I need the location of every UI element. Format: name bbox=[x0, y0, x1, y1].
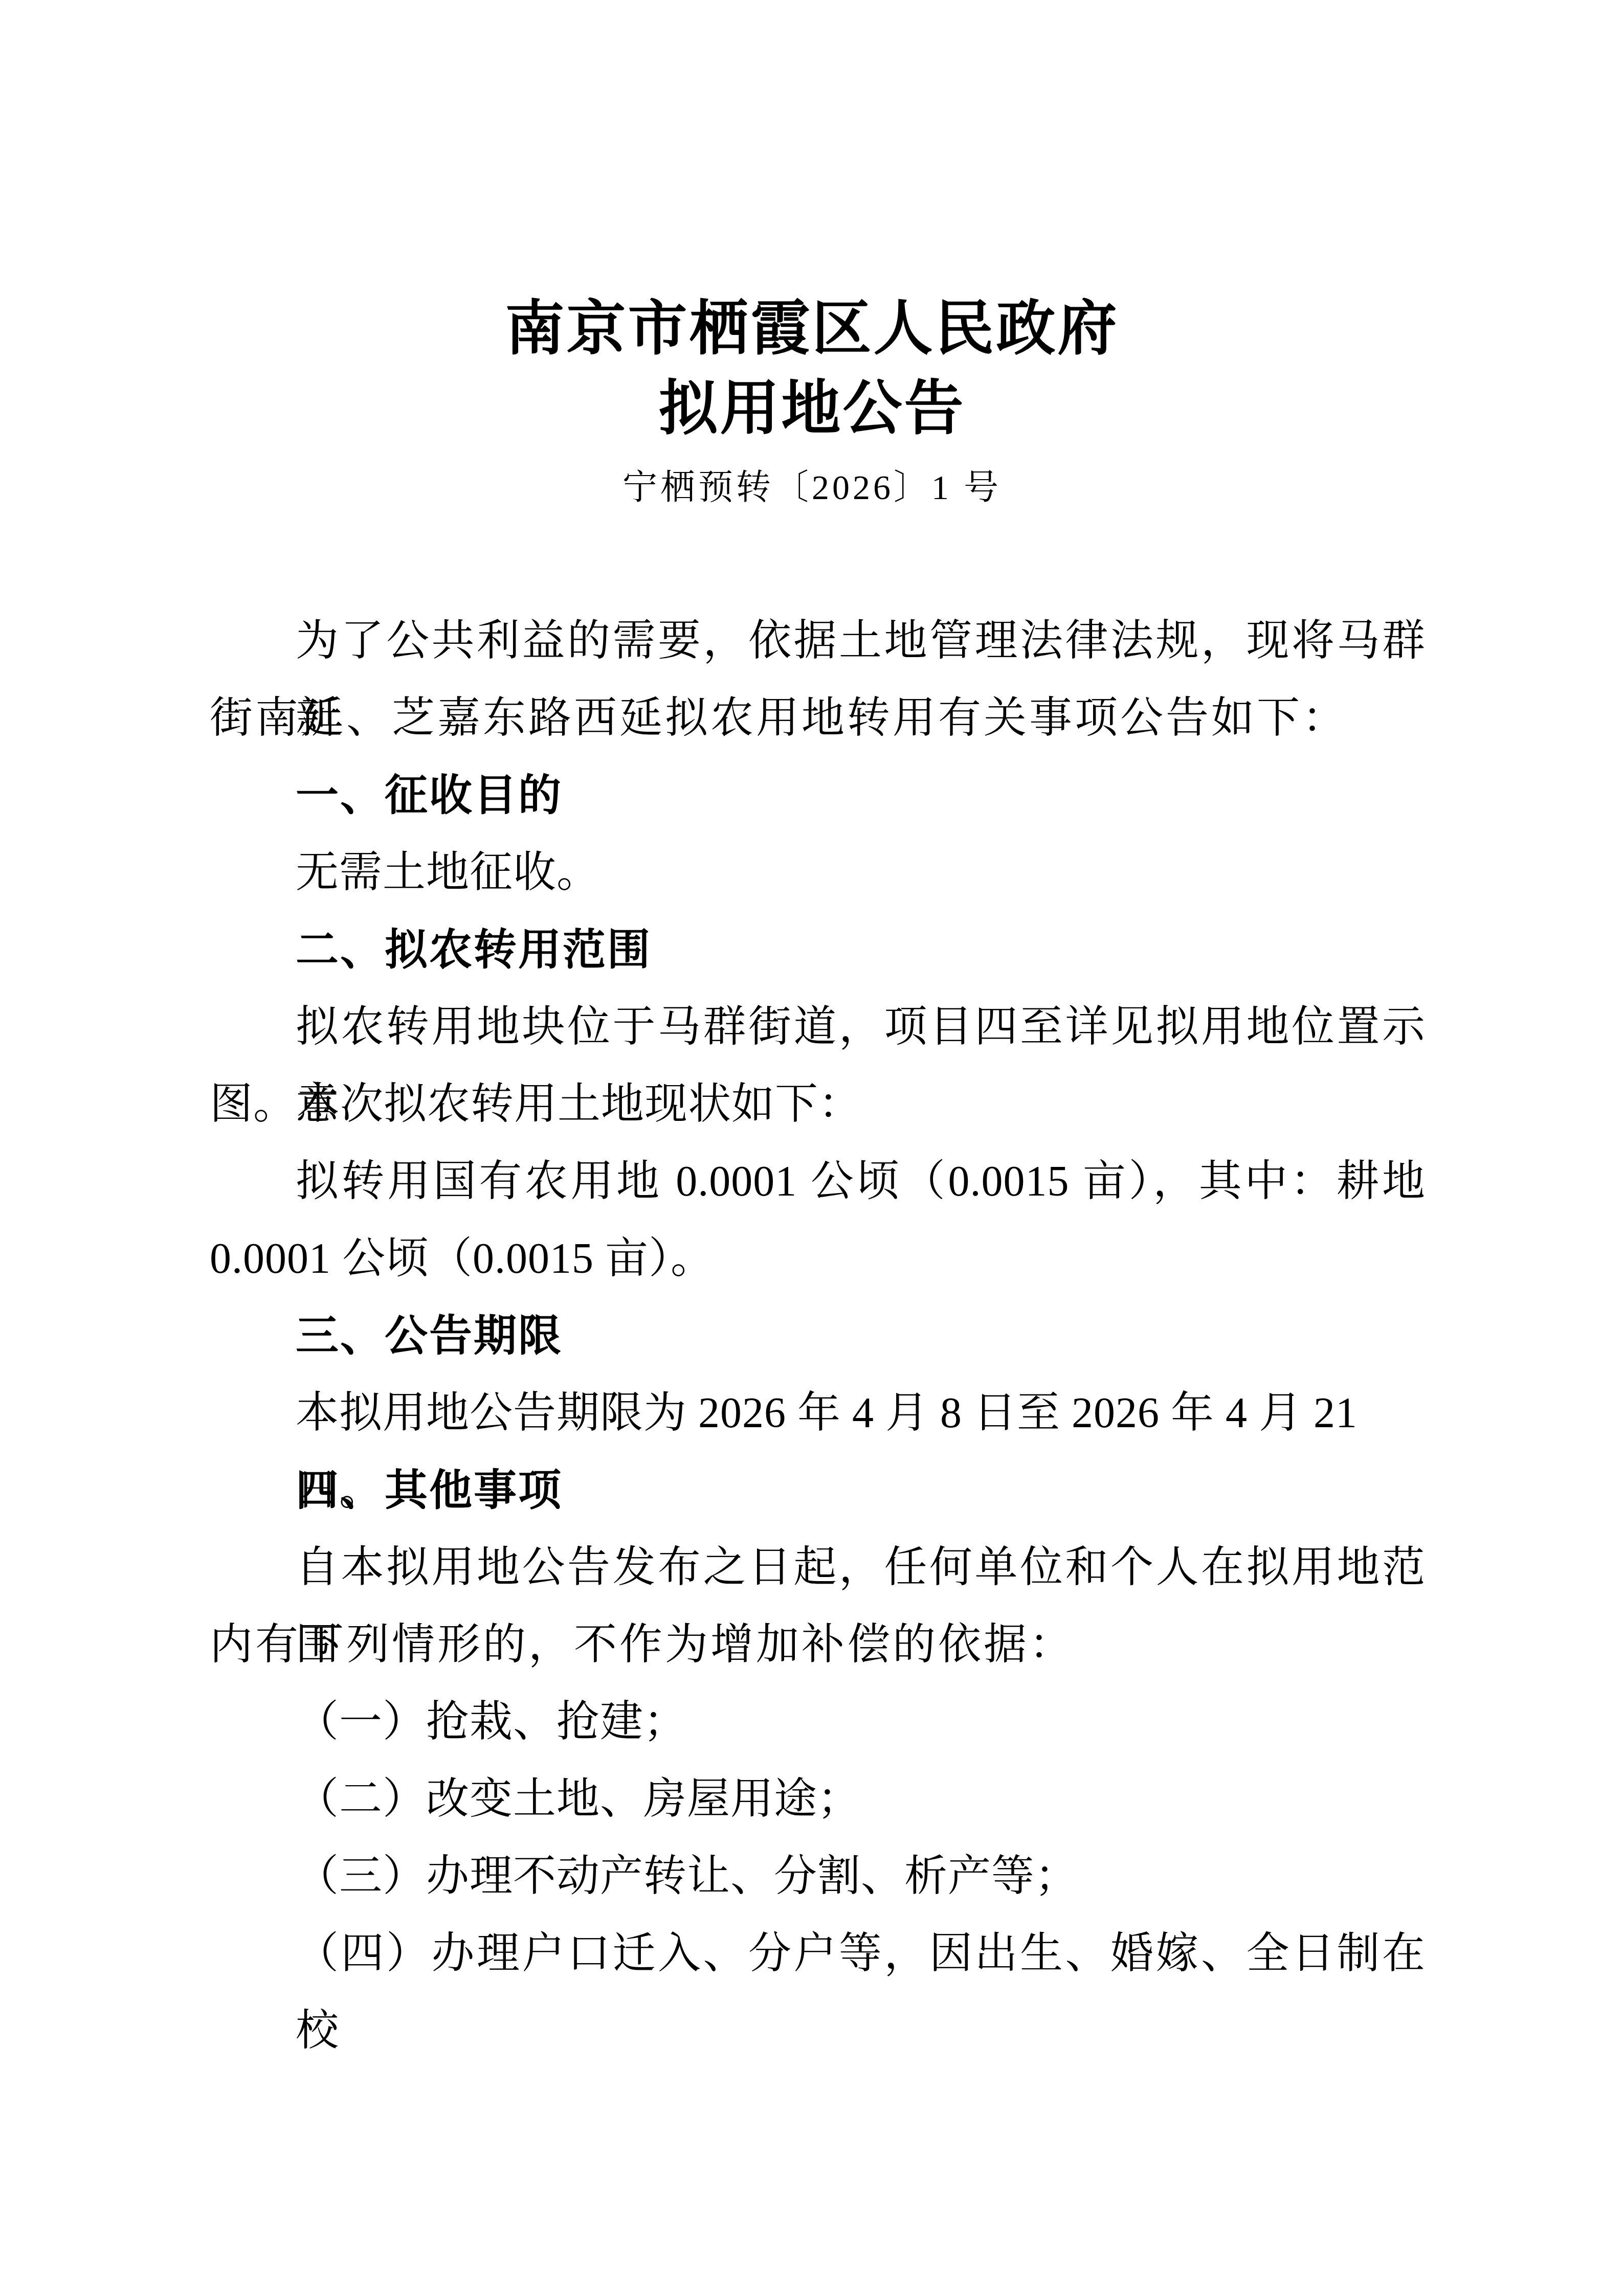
section-heading: 四、其他事项 bbox=[210, 1452, 1426, 1529]
document-line: （一）抢栽、抢建； bbox=[210, 1683, 1426, 1761]
section-heading: 一、征收目的 bbox=[210, 757, 1426, 834]
document-line: 街南延、芝嘉东路西延拟农用地转用有关事项公告如下： bbox=[210, 680, 1426, 757]
document-line: 自本拟用地公告发布之日起，任何单位和个人在拟用地范围 bbox=[210, 1529, 1426, 1606]
announcement-page: 南京市栖霞区人民政府 拟用地公告 宁栖预转〔2026〕1 号 为了公共利益的需要… bbox=[0, 0, 1624, 2296]
document-header: 南京市栖霞区人民政府 拟用地公告 宁栖预转〔2026〕1 号 bbox=[0, 0, 1624, 526]
document-line: （二）改变土地、房屋用途； bbox=[210, 1761, 1426, 1838]
document-title-line-2: 拟用地公告 bbox=[0, 369, 1624, 449]
document-line: 拟转用国有农用地 0.0001 公顷（0.0015 亩），其中：耕地 bbox=[210, 1143, 1426, 1220]
document-line: 拟农转用地块位于马群街道，项目四至详见拟用地位置示意 bbox=[210, 988, 1426, 1066]
document-number: 宁栖预转〔2026〕1 号 bbox=[0, 449, 1624, 526]
document-line: 为了公共利益的需要，依据土地管理法律法规，现将马群新 bbox=[210, 602, 1426, 680]
document-title-line-1: 南京市栖霞区人民政府 bbox=[0, 289, 1624, 369]
document-body: 为了公共利益的需要，依据土地管理法律法规，现将马群新街南延、芝嘉东路西延拟农用地… bbox=[210, 602, 1426, 1992]
document-line: 无需土地征收。 bbox=[210, 834, 1426, 911]
document-line: 0.0001 公顷（0.0015 亩）。 bbox=[210, 1220, 1426, 1297]
section-heading: 二、拟农转用范围 bbox=[210, 911, 1426, 988]
document-line: 内有下列情形的，不作为增加补偿的依据： bbox=[210, 1606, 1426, 1683]
document-line: 本拟用地公告期限为 2026 年 4 月 8 日至 2026 年 4 月 21 … bbox=[210, 1375, 1426, 1452]
document-line: （四）办理户口迁入、分户等，因出生、婚嫁、全日制在校 bbox=[210, 1915, 1426, 1992]
section-heading: 三、公告期限 bbox=[210, 1297, 1426, 1375]
document-line: 图。本次拟农转用土地现状如下： bbox=[210, 1066, 1426, 1143]
document-line: （三）办理不动产转让、分割、析产等； bbox=[210, 1838, 1426, 1915]
